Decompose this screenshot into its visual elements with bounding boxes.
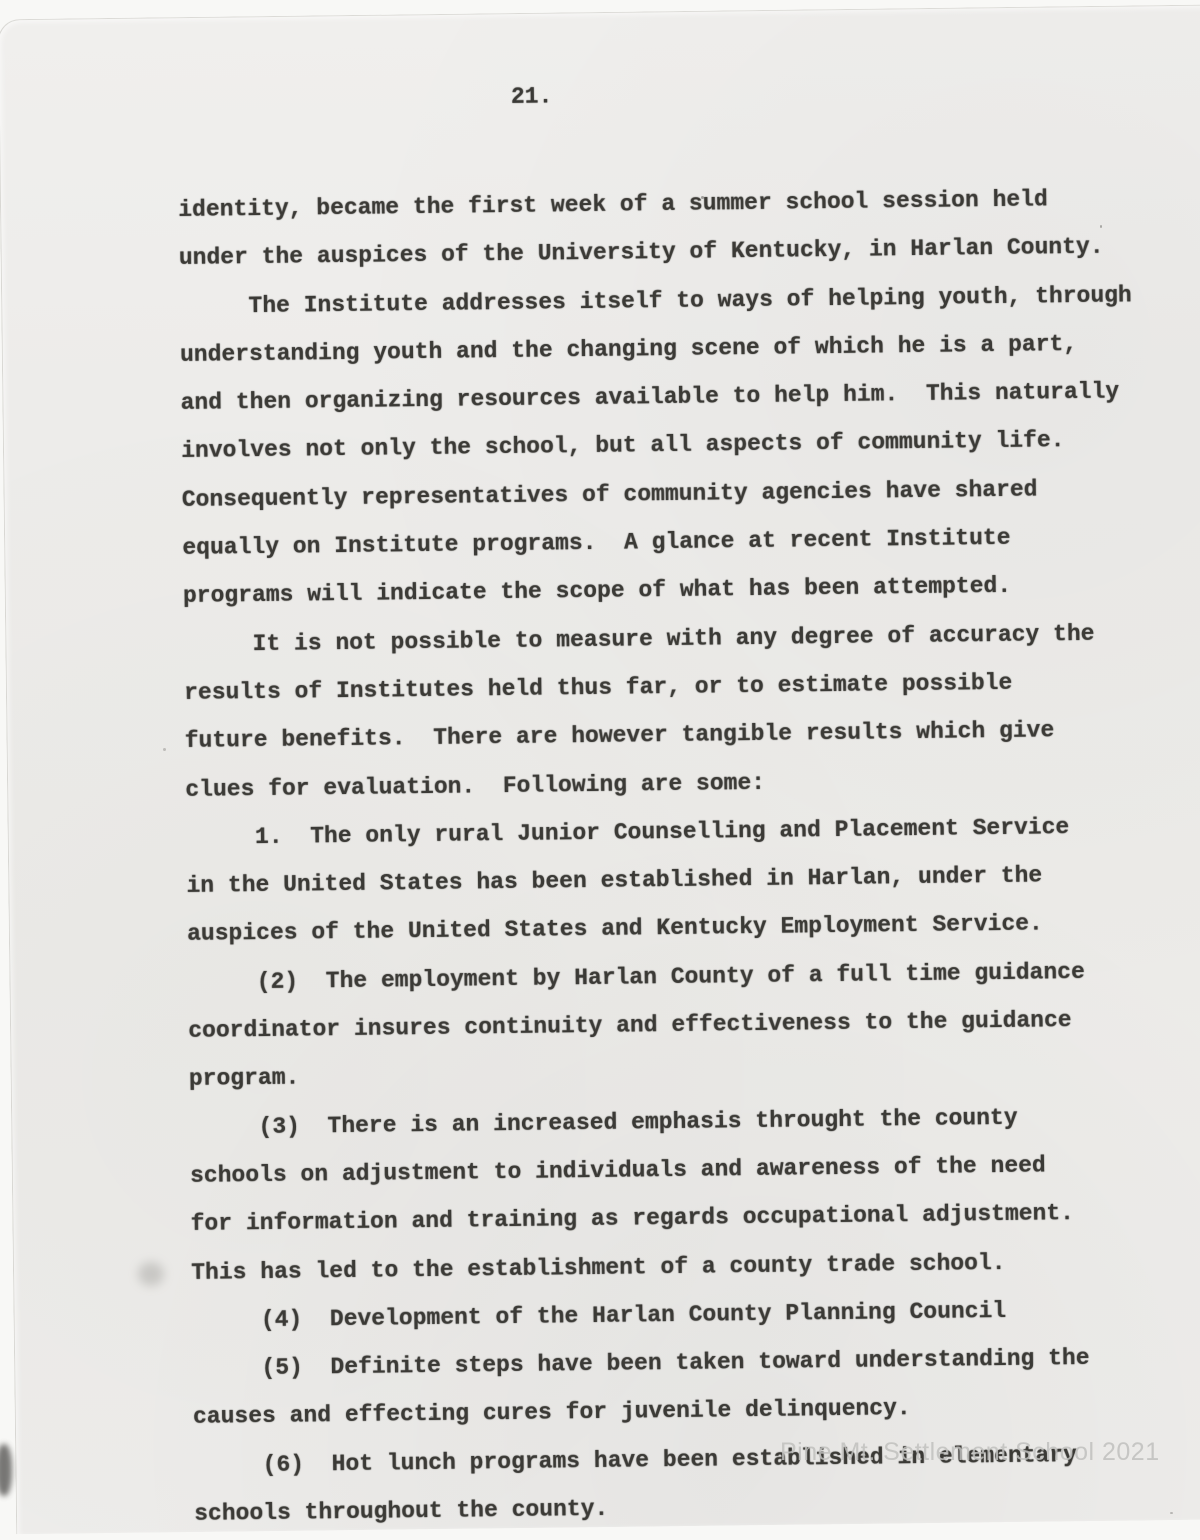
ink-smudge — [138, 1262, 164, 1286]
page-number: 21. — [511, 83, 553, 110]
scan-speck — [163, 748, 166, 751]
watermark: Pine Mt. Settlement School 2021 — [780, 1438, 1160, 1467]
typewritten-text: 21. identity, became the first week of a… — [178, 174, 1184, 1538]
ink-smudge — [0, 1444, 12, 1496]
